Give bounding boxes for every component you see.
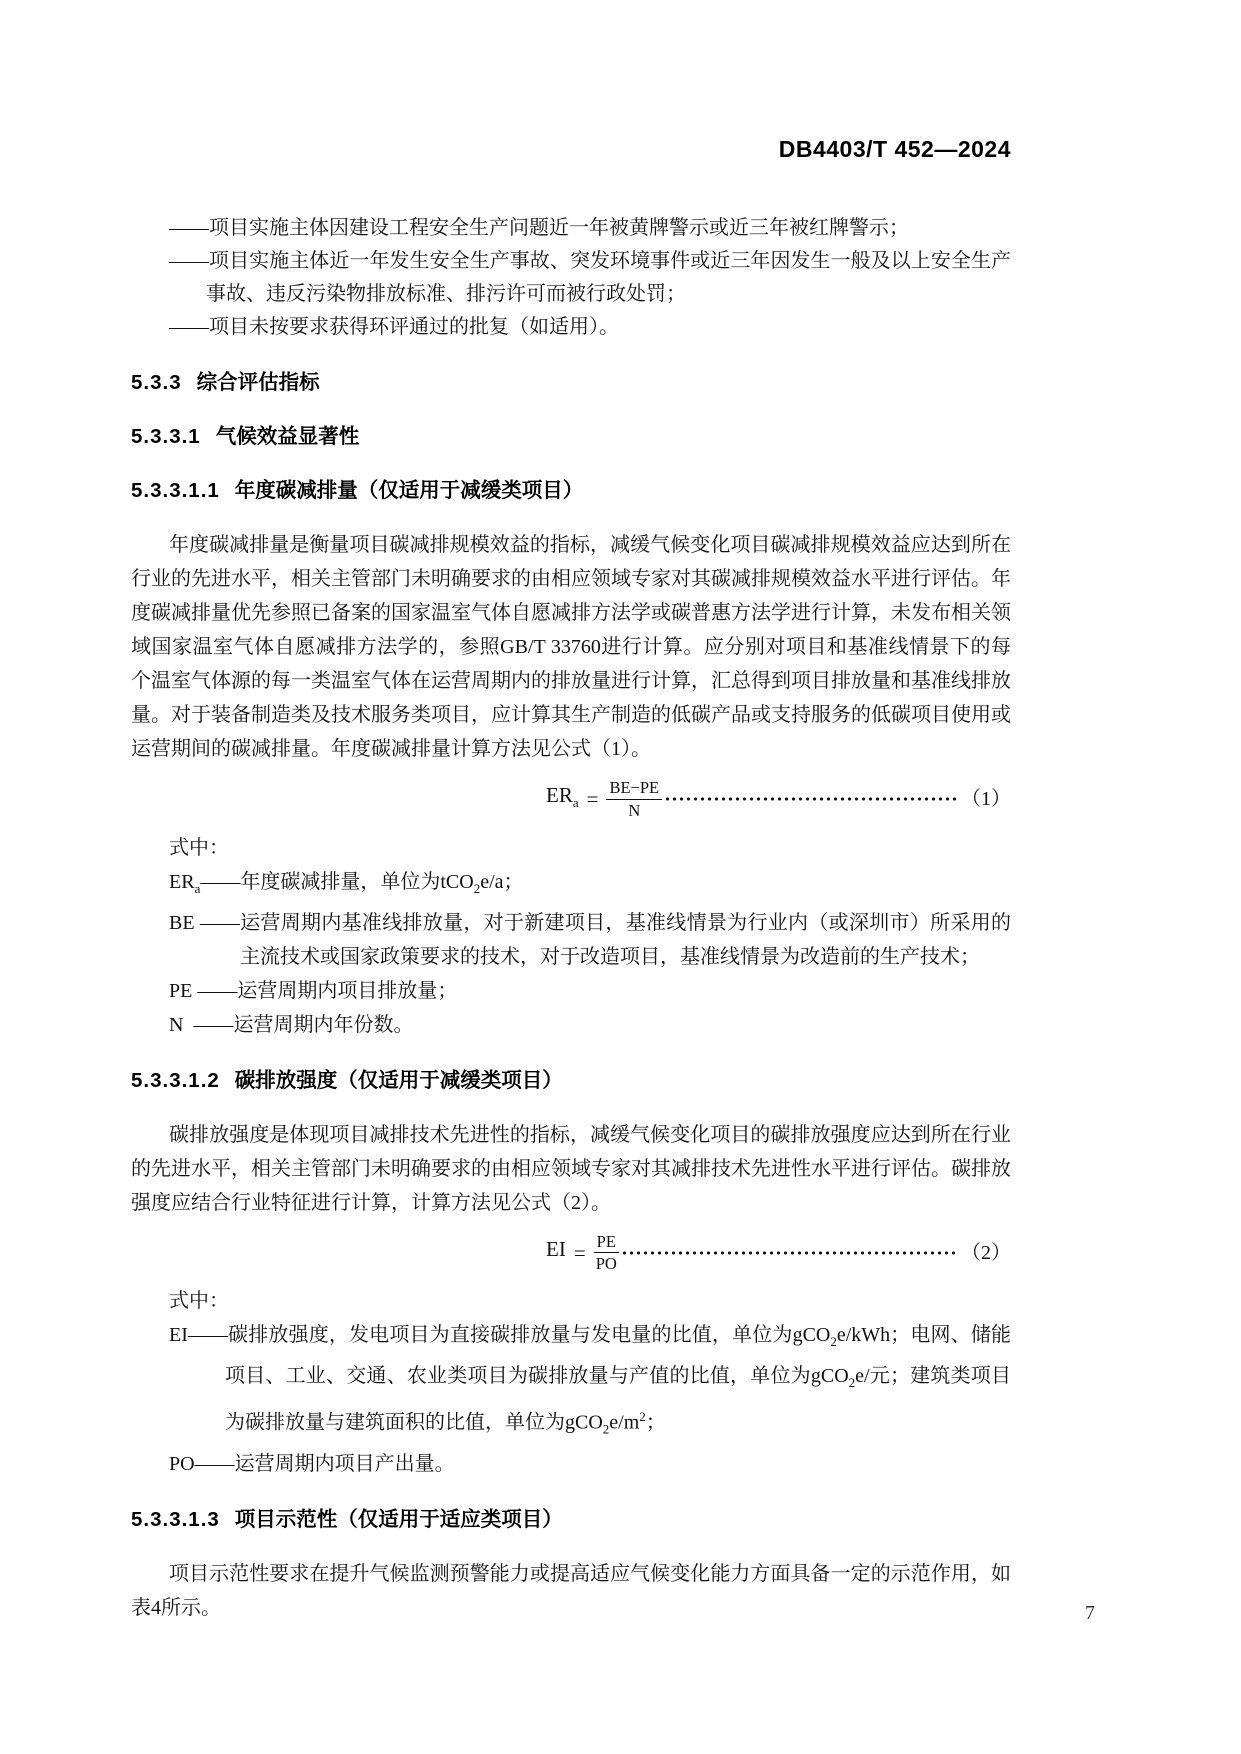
fraction-denominator: N	[628, 800, 640, 821]
heading-title: 气候效益显著性	[216, 425, 360, 448]
formula-variable-subscript: a	[573, 795, 579, 810]
heading-number: 5.3.3.1.3	[131, 1508, 220, 1531]
dot-leader	[664, 795, 956, 803]
body-paragraph-project-demonstration: 项目示范性要求在提升气候监测预警能力或提高适应气候变化能力方面具备一定的示范作用…	[131, 1557, 1011, 1625]
heading-title: 项目示范性（仅适用于适应类项目）	[235, 1508, 563, 1531]
symbol-definitions-2: EI——碳排放强度，发电项目为直接碳排放量与发电量的比值，单位为gCO2e/kW…	[131, 1318, 1011, 1481]
heading-number: 5.3.3.1.2	[131, 1069, 220, 1092]
symbol-definition: PE ——运营周期内项目排放量；	[131, 974, 1011, 1008]
where-label: 式中：	[131, 831, 1011, 865]
dot-leader	[621, 1249, 956, 1257]
document-code-header: DB4403/T 452—2024	[131, 0, 1011, 162]
section-heading-5-3-3-1: 5.3.3.1气候效益显著性	[131, 422, 1011, 452]
formula-number-label: （2）	[961, 1236, 1011, 1270]
body-paragraph-annual-emission-reduction: 年度碳减排量是衡量项目碳减排规模效益的指标，减缓气候变化项目碳减排规模效益应达到…	[131, 528, 1011, 766]
symbol-definition: EI——碳排放强度，发电项目为直接碳排放量与发电量的比值，单位为gCO2e/kW…	[131, 1318, 1011, 1447]
heading-number: 5.3.3.1	[131, 425, 201, 448]
page-number: 7	[1085, 1602, 1095, 1625]
dash-list: ——项目实施主体因建设工程安全生产问题近一年被黄牌警示或近三年被红牌警示； ——…	[131, 212, 1011, 344]
document-page: DB4403/T 452—2024 ——项目实施主体因建设工程安全生产问题近一年…	[0, 0, 1241, 1754]
fraction-denominator: PO	[596, 1253, 617, 1274]
heading-title: 综合评估指标	[197, 371, 320, 394]
where-label: 式中：	[131, 1284, 1011, 1318]
heading-title: 年度碳减排量（仅适用于减缓类项目）	[235, 479, 584, 502]
equals-sign: =	[574, 1236, 586, 1270]
formula-2-lhs: EI	[546, 1232, 566, 1274]
dash-list-item: ——项目未按要求获得环评通过的批复（如适用）。	[131, 311, 1011, 344]
fraction: BE−PE N	[606, 778, 662, 821]
formula-variable: EI	[546, 1237, 566, 1261]
symbol-definition: BE ——运营周期内基准线排放量，对于新建项目，基准线情景为行业内（或深圳市）所…	[131, 906, 1011, 974]
page-content: DB4403/T 452—2024 ——项目实施主体因建设工程安全生产问题近一年…	[131, 0, 1011, 1625]
formula-1: ERa = BE−PE N （1）	[131, 778, 1011, 821]
symbol-definitions-1: ERa——年度碳减排量，单位为tCO2e/a； BE ——运营周期内基准线排放量…	[131, 865, 1011, 1042]
section-heading-5-3-3-1-1: 5.3.3.1.1年度碳减排量（仅适用于减缓类项目）	[131, 476, 1011, 506]
section-heading-5-3-3-1-2: 5.3.3.1.2碳排放强度（仅适用于减缓类项目）	[131, 1066, 1011, 1096]
fraction-numerator: PE	[594, 1232, 619, 1254]
fraction: PE PO	[594, 1232, 619, 1275]
heading-number: 5.3.3	[131, 371, 182, 394]
section-heading-5-3-3-1-3: 5.3.3.1.3项目示范性（仅适用于适应类项目）	[131, 1505, 1011, 1535]
dash-list-item: ——项目实施主体因建设工程安全生产问题近一年被黄牌警示或近三年被红牌警示；	[131, 212, 1011, 245]
formula-number-label: （1）	[961, 782, 1011, 816]
heading-number: 5.3.3.1.1	[131, 479, 220, 502]
fraction-numerator: BE−PE	[606, 778, 662, 800]
dash-list-item: ——项目实施主体近一年发生安全生产事故、突发环境事件或近三年因发生一般及以上安全…	[131, 245, 1011, 311]
symbol-definition: ERa——年度碳减排量，单位为tCO2e/a；	[131, 865, 1011, 906]
formula-variable: ER	[546, 783, 573, 807]
heading-title: 碳排放强度（仅适用于减缓类项目）	[235, 1069, 563, 1092]
formula-2: EI = PE PO （2）	[131, 1232, 1011, 1275]
symbol-definition: PO——运营周期内项目产出量。	[131, 1447, 1011, 1481]
section-heading-5-3-3: 5.3.3综合评估指标	[131, 368, 1011, 398]
formula-1-lhs: ERa	[546, 778, 579, 820]
symbol-definition: N ——运营周期内年份数。	[131, 1008, 1011, 1042]
equals-sign: =	[587, 782, 599, 816]
body-paragraph-carbon-intensity: 碳排放强度是体现项目减排技术先进性的指标，减缓气候变化项目的碳排放强度应达到所在…	[131, 1118, 1011, 1220]
